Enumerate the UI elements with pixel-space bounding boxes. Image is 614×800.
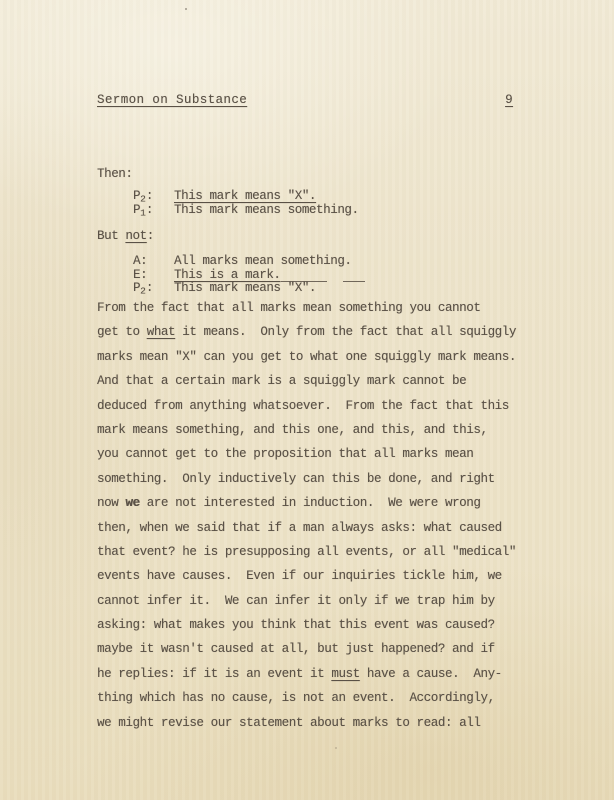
text-run: now: [97, 496, 125, 510]
premise-row-p1: P1: This mark means something.: [97, 204, 537, 218]
paragraph-line: he replies: if it is an event it must ha…: [97, 662, 542, 686]
but-not-colon: :: [147, 229, 154, 243]
text-run: asking: what makes you think that this e…: [97, 618, 495, 632]
text-run: From the fact that all marks mean someth…: [97, 301, 480, 315]
premise-label-colon: :: [146, 189, 153, 203]
paragraph-line: then, when we said that if a man always …: [97, 516, 542, 540]
text-run: that event? he is presupposing all event…: [97, 545, 516, 559]
but-not-emphasis: not: [125, 229, 146, 243]
text-run: then, when we said that if a man always …: [97, 521, 502, 535]
text-run: events have causes. Even if our inquirie…: [97, 569, 502, 583]
premise-label-colon: :: [140, 268, 147, 282]
premise-label-colon: :: [146, 281, 153, 295]
text-run: cannot infer it. We can infer it only if…: [97, 594, 495, 608]
paragraph-line: something. Only inductively can this be …: [97, 467, 542, 491]
paragraph-line: you cannot get to the proposition that a…: [97, 442, 542, 466]
text-run: something. Only inductively can this be …: [97, 472, 495, 486]
document-page: Sermon on Substance 9 Then: P2: This mar…: [0, 0, 614, 800]
premise-label: P1:: [133, 204, 153, 220]
paragraph-line: asking: what makes you think that this e…: [97, 613, 542, 637]
premise-label-colon: :: [146, 203, 153, 217]
but-not-label: But not:: [97, 229, 154, 243]
text-run: maybe it wasn't caused at all, but just …: [97, 642, 495, 656]
paragraph-line: maybe it wasn't caused at all, but just …: [97, 637, 542, 661]
premise-label-colon: :: [140, 254, 147, 268]
premise-row-a: A: All marks mean something.: [97, 255, 537, 269]
paragraph-line: get to what it means. Only from the fact…: [97, 320, 542, 344]
premise-text: This mark means "X".: [174, 282, 316, 296]
then-premise-list: P2: This mark means "X". P1: This mark m…: [97, 190, 537, 217]
but-not-prefix: But: [97, 229, 125, 243]
paragraph-line: events have causes. Even if our inquirie…: [97, 564, 542, 588]
text-run: And that a certain mark is a squiggly ma…: [97, 374, 466, 388]
premise-text: All marks mean something.: [174, 255, 352, 269]
paragraph-line: that event? he is presupposing all event…: [97, 540, 542, 564]
text-run: you cannot get to the proposition that a…: [97, 447, 473, 461]
underlined-word: what: [147, 325, 175, 339]
text-run: he replies: if it is an event it: [97, 667, 331, 681]
not-premise-list: A: All marks mean something. E: This is …: [97, 255, 537, 296]
paragraph-line: From the fact that all marks mean someth…: [97, 296, 542, 320]
paragraph-line: thing which has no cause, is not an even…: [97, 686, 542, 710]
text-run: mark means something, and this one, and …: [97, 423, 488, 437]
text-run: we might revise our statement about mark…: [97, 716, 480, 730]
text-run: are not interested in induction. We were…: [140, 496, 481, 510]
paragraph-line: deduced from anything whatsoever. From t…: [97, 394, 542, 418]
paragraph-line: cannot infer it. We can infer it only if…: [97, 589, 542, 613]
premise-row-p2: P2: This mark means "X".: [97, 190, 537, 204]
document-title: Sermon on Substance: [97, 93, 247, 107]
text-run: get to: [97, 325, 147, 339]
page-number: 9: [505, 93, 513, 107]
bold-word: we: [125, 496, 139, 510]
premise-text: This mark means something.: [174, 204, 359, 218]
premise-text: This is a mark.: [174, 269, 281, 283]
paragraph-line: now we are not interested in induction. …: [97, 491, 542, 515]
underlined-word: must: [331, 667, 359, 681]
text-run: it means. Only from the fact that all sq…: [175, 325, 516, 339]
premise-row-e: E: This is a mark.: [97, 269, 537, 283]
text-run: deduced from anything whatsoever. From t…: [97, 399, 509, 413]
text-run: thing which has no cause, is not an even…: [97, 691, 495, 705]
then-label: Then:: [97, 167, 133, 181]
paragraph-line: marks mean "X" can you get to what one s…: [97, 345, 542, 369]
paragraph-line: we might revise our statement about mark…: [97, 711, 542, 735]
paper-speck: [335, 747, 337, 749]
premise-text: This mark means "X".: [174, 190, 316, 204]
paper-speck: [185, 8, 187, 10]
premise-row-p2: P2: This mark means "X".: [97, 282, 537, 296]
text-run: marks mean "X" can you get to what one s…: [97, 350, 516, 364]
page-header: Sermon on Substance 9: [97, 93, 516, 107]
paragraph-line: mark means something, and this one, and …: [97, 418, 542, 442]
text-run: have a cause. Any-: [360, 667, 502, 681]
paragraph-line: And that a certain mark is a squiggly ma…: [97, 369, 542, 393]
body-paragraph: From the fact that all marks mean someth…: [97, 296, 542, 735]
